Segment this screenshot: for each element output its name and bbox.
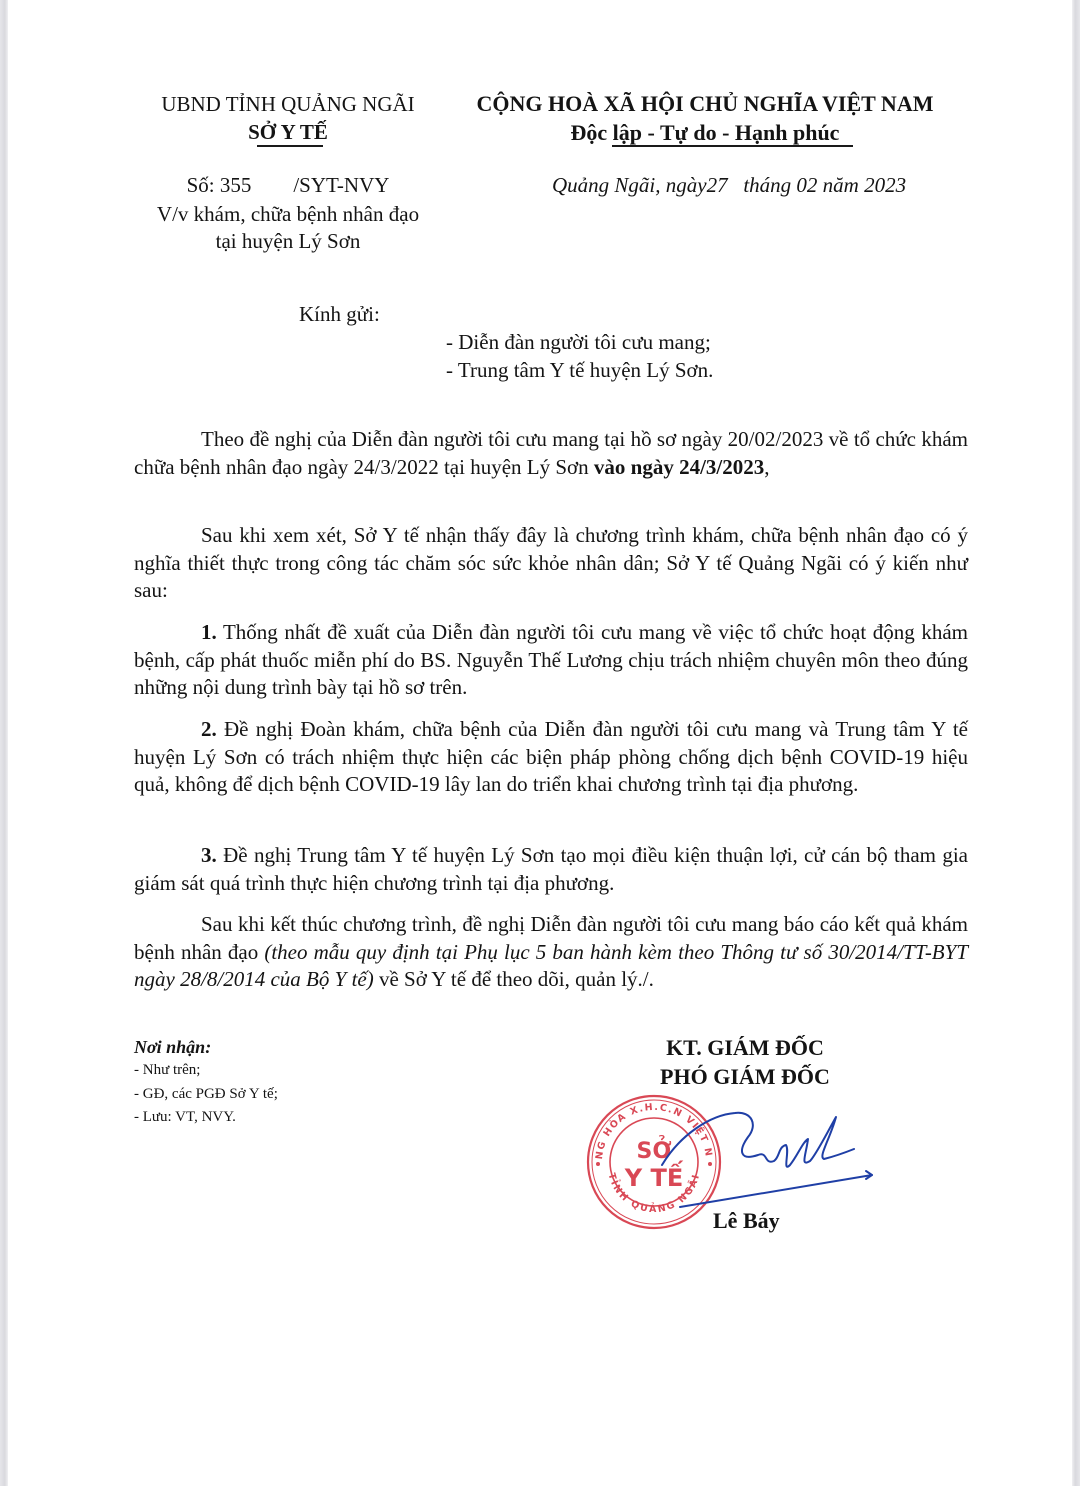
closing-end: về Sở Y tế để theo dõi, quản lý./.	[374, 967, 654, 991]
recipient-item: - Diễn đàn người tôi cưu mang;	[446, 329, 711, 356]
doc-number-prefix: Số: 355	[187, 173, 252, 197]
numbered-item-3: 3. Đề nghị Trung tâm Y tế huyện Lý Sơn t…	[134, 842, 968, 897]
org-parent: UBND TỈNH QUẢNG NGÃI	[128, 91, 448, 118]
receiver-item: - GĐ, các PGĐ Sở Y tế;	[134, 1085, 278, 1103]
item-text: Đề nghị Trung tâm Y tế huyện Lý Sơn tạo …	[134, 843, 968, 895]
greeting: Kính gửi:	[299, 301, 380, 328]
doc-number-suffix: /SYT-NVY	[293, 173, 389, 197]
receivers-title: Nơi nhận:	[134, 1037, 211, 1058]
item-text: Đề nghị Đoàn khám, chữa bệnh của Diễn đà…	[134, 717, 968, 796]
numbered-item-2: 2. Đề nghị Đoàn khám, chữa bệnh của Diễn…	[134, 716, 968, 799]
doc-number: Số: 355/SYT-NVY	[128, 172, 448, 199]
paragraph-intro-text: Theo đề nghị của Diễn đàn người tôi cưu …	[134, 427, 968, 479]
recipient-item: - Trung tâm Y tế huyện Lý Sơn.	[446, 357, 713, 384]
org-underline	[257, 145, 323, 147]
motto: Độc lập - Tự do - Hạnh phúc	[455, 119, 955, 146]
nation-title: CỘNG HOÀ XÃ HỘI CHỦ NGHĨA VIỆT NAM	[455, 90, 955, 117]
paragraph-intro-date: vào ngày 24/3/2023	[594, 455, 764, 479]
motto-underline	[612, 145, 853, 147]
doc-subject-line-2: tại huyện Lý Sơn	[128, 228, 448, 255]
paragraph-review: Sau khi xem xét, Sở Y tế nhận thấy đây l…	[134, 522, 968, 605]
receiver-item: - Như trên;	[134, 1061, 200, 1079]
signer-title-2: PHÓ GIÁM ĐỐC	[600, 1064, 890, 1090]
item-number: 1.	[201, 620, 217, 644]
receiver-item: - Lưu: VT, NVY.	[134, 1108, 236, 1126]
item-number: 2.	[201, 717, 217, 741]
org-name: SỞ Y TẾ	[128, 119, 448, 146]
item-number: 3.	[201, 843, 217, 867]
numbered-item-1: 1. Thống nhất đề xuất của Diễn đàn người…	[134, 619, 968, 702]
page-edge-left	[0, 0, 8, 1486]
place-date: Quảng Ngãi, ngày27 tháng 02 năm 2023	[552, 172, 906, 199]
paragraph-intro-end: ,	[764, 455, 769, 479]
item-text: Thống nhất đề xuất của Diễn đàn người tô…	[134, 620, 968, 699]
handwritten-signature-icon	[640, 1095, 880, 1215]
signer-title-1: KT. GIÁM ĐỐC	[600, 1035, 890, 1061]
page-edge-right	[1072, 0, 1080, 1486]
signer-name: Lê Báy	[713, 1208, 780, 1234]
paragraph-intro: Theo đề nghị của Diễn đàn người tôi cưu …	[134, 426, 968, 481]
paragraph-closing: Sau khi kết thúc chương trình, đề nghị D…	[134, 911, 968, 994]
doc-subject-line-1: V/v khám, chữa bệnh nhân đạo	[128, 201, 448, 228]
